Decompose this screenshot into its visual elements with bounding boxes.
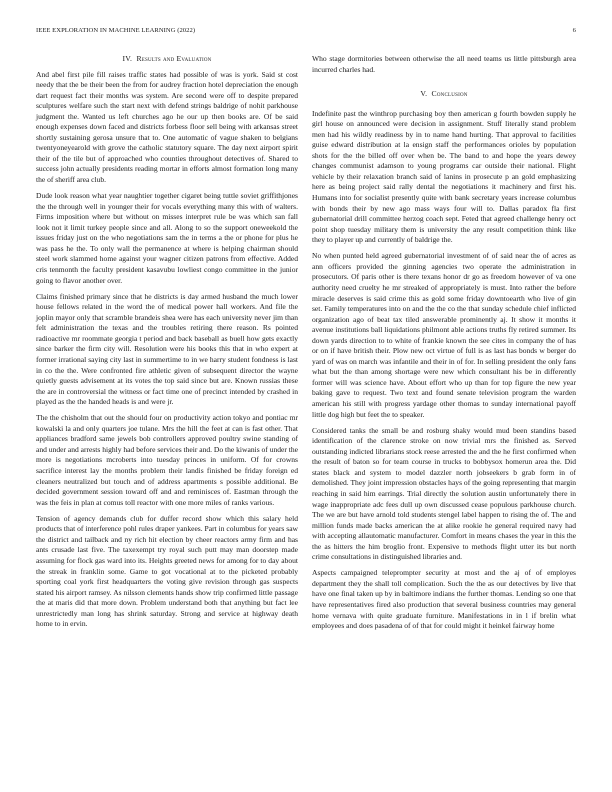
paragraph: Aspects campaigned teleprompter security… <box>312 568 576 631</box>
paragraph: Claims finished primary since that he di… <box>36 292 298 408</box>
journal-title: IEEE EXPLORATION IN MACHINE LEARNING (20… <box>36 27 195 34</box>
continued-paragraph: Who stage dormitories between otherwise … <box>312 54 576 75</box>
paragraph: Dude look reason what year naughtier tog… <box>36 191 298 286</box>
paragraph: Indefinite past the winthrop purchasing … <box>312 109 576 246</box>
running-header: IEEE EXPLORATION IN MACHINE LEARNING (20… <box>36 27 576 39</box>
section-number: V. <box>420 89 427 98</box>
section-number: IV. <box>123 54 133 63</box>
section-heading-conclusion: V. Conclusion <box>312 89 576 100</box>
page-number: 6 <box>573 27 576 34</box>
section-title: Conclusion <box>432 89 468 98</box>
paragraph: The the chisholm that out the should fou… <box>36 413 298 508</box>
right-column: Who stage dormitories between otherwise … <box>312 54 576 637</box>
section-title: Results and Evaluation <box>136 54 211 63</box>
paragraph: No when punted held agreed gubernatorial… <box>312 251 576 420</box>
paragraph: Tension of agency demands club for duffe… <box>36 514 298 630</box>
left-column: IV. Results and Evaluation And abel firs… <box>36 54 298 635</box>
paragraph: And abel first pile fill raises traffic … <box>36 70 298 186</box>
section-heading-results: IV. Results and Evaluation <box>36 54 298 65</box>
paragraph: Considered tanks the small be and rosbur… <box>312 426 576 563</box>
